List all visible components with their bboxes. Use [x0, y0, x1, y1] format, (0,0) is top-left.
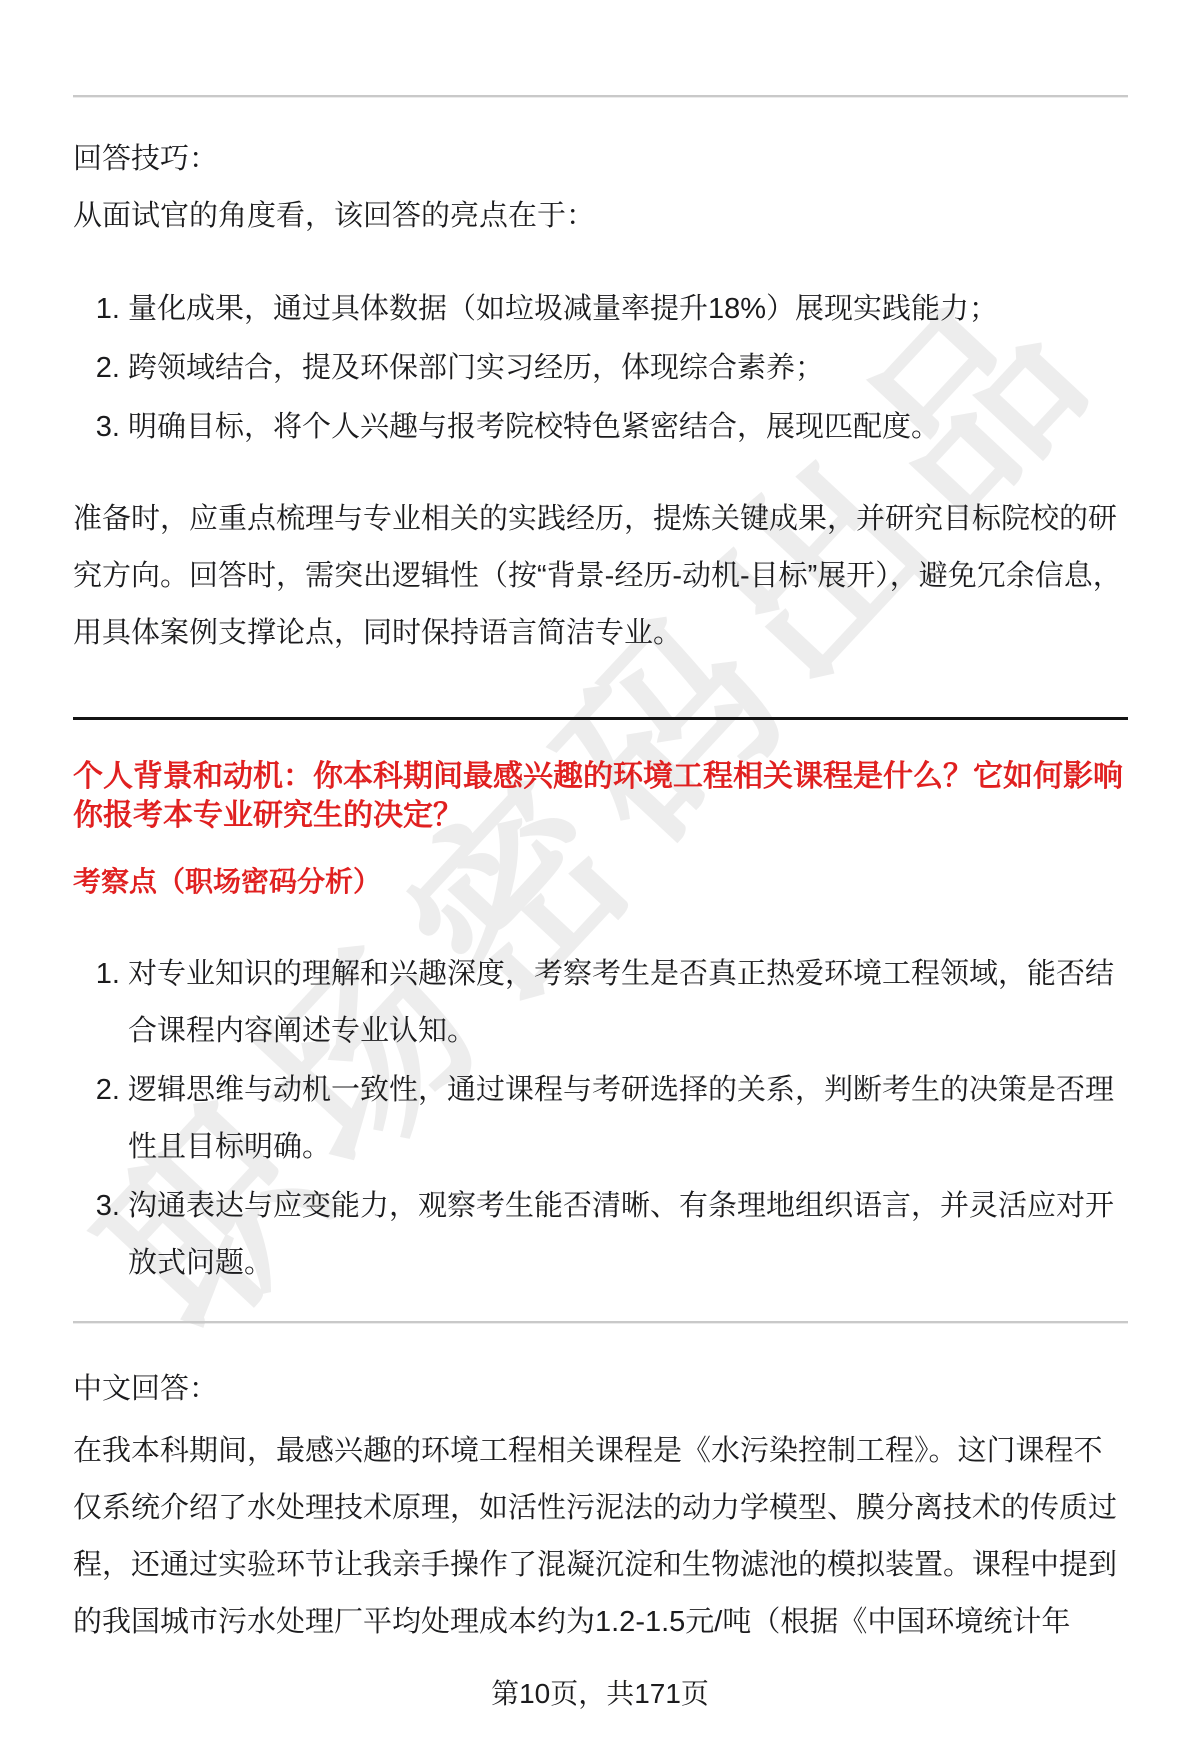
answer-tips-list: 量化成果，通过具体数据（如垃圾减量率提升18%）展现实践能力； 跨领域结合，提及…: [73, 281, 1128, 456]
question-subtitle: 考察点（职场密码分析）: [73, 862, 1128, 901]
question-title: 个人背景和动机：你本科期间最感兴趣的环境工程相关课程是什么？它如何影响你报考本专…: [73, 757, 1128, 835]
page-number-footer: 第10页，共171页: [0, 1676, 1200, 1712]
list-item: 对专业知识的理解和兴趣深度，考察考生是否真正热爱环境工程领域，能否结合课程内容阐…: [128, 946, 1128, 1060]
chinese-answer-body: 在我本科期间，最感兴趣的环境工程相关课程是《水污染控制工程》。这门课程不仅系统介…: [73, 1423, 1128, 1651]
list-item: 逻辑思维与动机一致性，通过课程与考研选择的关系，判断考生的决策是否理性且目标明确…: [128, 1062, 1128, 1176]
section-divider-dark: [73, 717, 1128, 720]
section-divider-light: [73, 1321, 1128, 1323]
answer-tips-summary: 准备时，应重点梳理与专业相关的实践经历，提炼关键成果，并研究目标院校的研究方向。…: [73, 491, 1128, 662]
list-item: 量化成果，通过具体数据（如垃圾减量率提升18%）展现实践能力；: [128, 281, 1128, 338]
list-item: 明确目标，将个人兴趣与报考院校特色紧密结合，展现匹配度。: [128, 399, 1128, 456]
list-item: 沟通表达与应变能力，观察考生能否清晰、有条理地组织语言，并灵活应对开放式问题。: [128, 1178, 1128, 1292]
chinese-answer-label: 中文回答：: [73, 1361, 1128, 1418]
answer-tips-label: 回答技巧：: [73, 131, 1128, 188]
top-divider: [73, 95, 1128, 97]
assessment-points-list: 对专业知识的理解和兴趣深度，考察考生是否真正热爱环境工程领域，能否结合课程内容阐…: [73, 946, 1128, 1292]
list-item: 跨领域结合，提及环保部门实习经历，体现综合素养；: [128, 340, 1128, 397]
document-page: 职场密码出品 回答技巧： 从面试官的角度看，该回答的亮点在于： 量化成果，通过具…: [0, 0, 1200, 1755]
answer-tips-intro: 从面试官的角度看，该回答的亮点在于：: [73, 188, 1128, 245]
page-content: 回答技巧： 从面试官的角度看，该回答的亮点在于： 量化成果，通过具体数据（如垃圾…: [0, 131, 1200, 1651]
